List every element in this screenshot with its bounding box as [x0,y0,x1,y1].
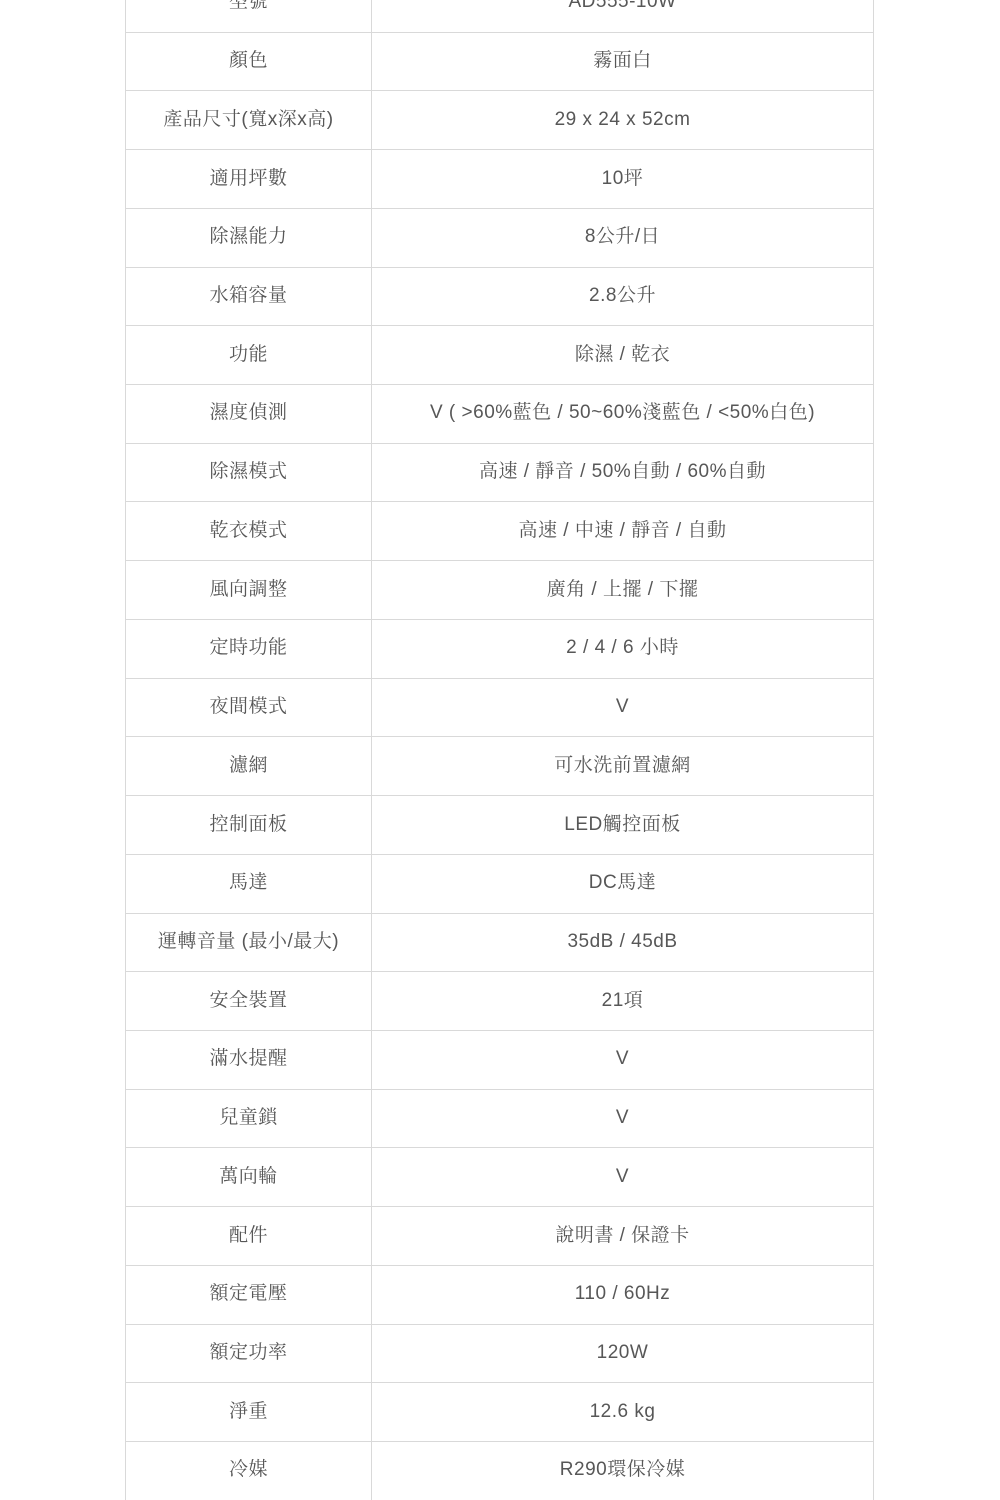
spec-label-cell: 淨重 [126,1383,372,1441]
table-row: 夜間模式 V [126,679,873,738]
spec-label-cell: 萬向輪 [126,1148,372,1206]
spec-value-cell: V [372,1031,873,1089]
spec-label-cell: 滿水提醒 [126,1031,372,1089]
table-row: 水箱容量 2.8公升 [126,268,873,327]
spec-value-cell: 廣角 / 上擺 / 下擺 [372,561,873,619]
spec-value-cell: R290環保冷媒 [372,1442,873,1500]
spec-value-cell: 10坪 [372,150,873,208]
spec-value-cell: AD555-10W [372,0,873,32]
spec-label-cell: 顏色 [126,33,372,91]
table-row: 定時功能 2 / 4 / 6 小時 [126,620,873,679]
table-row: 冷媒 R290環保冷媒 [126,1442,873,1500]
table-row: 萬向輪 V [126,1148,873,1207]
spec-label-cell: 適用坪數 [126,150,372,208]
spec-label-cell: 馬達 [126,855,372,913]
table-row: 風向調整 廣角 / 上擺 / 下擺 [126,561,873,620]
spec-label-cell: 濾網 [126,737,372,795]
spec-label-cell: 除濕模式 [126,444,372,502]
spec-label-cell: 冷媒 [126,1442,372,1500]
table-row: 乾衣模式 高速 / 中速 / 靜音 / 自動 [126,502,873,561]
spec-value-cell: DC馬達 [372,855,873,913]
spec-value-cell: 35dB / 45dB [372,914,873,972]
spec-value-cell: 2 / 4 / 6 小時 [372,620,873,678]
table-row: 控制面板 LED觸控面板 [126,796,873,855]
table-row: 濕度偵測 V ( >60%藍色 / 50~60%淺藍色 / <50%白色) [126,385,873,444]
table-row: 運轉音量 (最小/最大) 35dB / 45dB [126,914,873,973]
spec-value-cell: 2.8公升 [372,268,873,326]
spec-label-cell: 控制面板 [126,796,372,854]
spec-value-cell: 高速 / 中速 / 靜音 / 自動 [372,502,873,560]
spec-value-cell: 除濕 / 乾衣 [372,326,873,384]
product-spec-table: 型號 AD555-10W 顏色 霧面白 產品尺寸(寬x深x高) 29 x 24 … [125,0,874,1500]
table-row: 馬達 DC馬達 [126,855,873,914]
table-row: 除濕能力 8公升/日 [126,209,873,268]
spec-value-cell: V ( >60%藍色 / 50~60%淺藍色 / <50%白色) [372,385,873,443]
spec-value-cell: V [372,1090,873,1148]
spec-value-cell: V [372,679,873,737]
table-row: 型號 AD555-10W [126,0,873,33]
spec-label-cell: 風向調整 [126,561,372,619]
spec-label-cell: 配件 [126,1207,372,1265]
spec-value-cell: 120W [372,1325,873,1383]
spec-value-cell: LED觸控面板 [372,796,873,854]
spec-value-cell: 12.6 kg [372,1383,873,1441]
table-row: 滿水提醒 V [126,1031,873,1090]
table-row: 額定電壓 110 / 60Hz [126,1266,873,1325]
spec-label-cell: 安全裝置 [126,972,372,1030]
table-row: 濾網 可水洗前置濾網 [126,737,873,796]
table-row: 兒童鎖 V [126,1090,873,1149]
spec-label-cell: 乾衣模式 [126,502,372,560]
spec-label-cell: 運轉音量 (最小/最大) [126,914,372,972]
table-row: 安全裝置 21項 [126,972,873,1031]
spec-value-cell: 可水洗前置濾網 [372,737,873,795]
spec-label-cell: 額定電壓 [126,1266,372,1324]
table-row: 配件 說明書 / 保證卡 [126,1207,873,1266]
table-row: 產品尺寸(寬x深x高) 29 x 24 x 52cm [126,91,873,150]
table-row: 功能 除濕 / 乾衣 [126,326,873,385]
spec-label-cell: 型號 [126,0,372,32]
spec-label-cell: 夜間模式 [126,679,372,737]
table-row: 顏色 霧面白 [126,33,873,92]
table-row: 適用坪數 10坪 [126,150,873,209]
spec-label-cell: 額定功率 [126,1325,372,1383]
spec-label-cell: 產品尺寸(寬x深x高) [126,91,372,149]
spec-value-cell: 說明書 / 保證卡 [372,1207,873,1265]
spec-label-cell: 定時功能 [126,620,372,678]
spec-label-cell: 除濕能力 [126,209,372,267]
table-row: 淨重 12.6 kg [126,1383,873,1442]
spec-label-cell: 水箱容量 [126,268,372,326]
spec-value-cell: 110 / 60Hz [372,1266,873,1324]
spec-value-cell: 29 x 24 x 52cm [372,91,873,149]
spec-value-cell: 8公升/日 [372,209,873,267]
table-row: 額定功率 120W [126,1325,873,1384]
spec-value-cell: V [372,1148,873,1206]
spec-value-cell: 高速 / 靜音 / 50%自動 / 60%自動 [372,444,873,502]
table-row: 除濕模式 高速 / 靜音 / 50%自動 / 60%自動 [126,444,873,503]
spec-label-cell: 兒童鎖 [126,1090,372,1148]
spec-value-cell: 霧面白 [372,33,873,91]
spec-label-cell: 功能 [126,326,372,384]
spec-value-cell: 21項 [372,972,873,1030]
spec-label-cell: 濕度偵測 [126,385,372,443]
